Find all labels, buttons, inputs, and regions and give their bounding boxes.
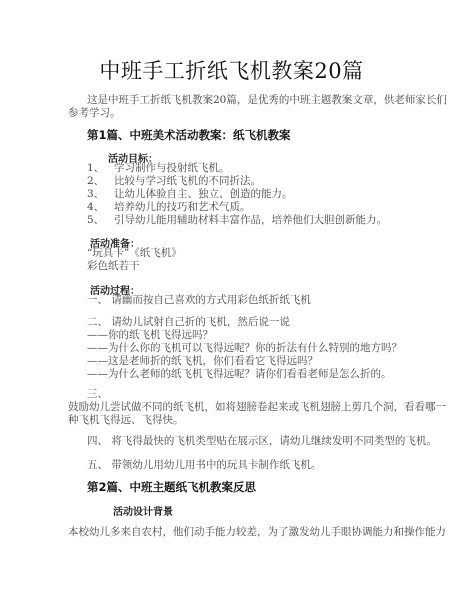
process-step-4: 四、 将飞得最快的飞机类型贴在展示区，请幼儿继续发明不同类型的飞机。 [87,435,437,448]
dialog-line: ——这是老师折的纸飞机，你们看看它飞得远吗？ [87,355,318,368]
dialog-line: ——你的纸飞机飞得远吗？ [87,329,213,342]
dialog-line: ——为什么老师的纸飞机飞得远呢？请你们看看老师是怎么折的。 [87,368,392,381]
goal-item: 5、引导幼儿能用辅助材料丰富作品，培养他们大胆创新能力。 [87,214,387,227]
background-text: 本校幼儿多来自农村，他们动手能力较差，为了激发幼儿手眼协调能力和操作能力 [68,526,446,539]
process-step-3-line-2: 种飞机飞得远、飞得快。 [68,414,184,427]
process-step-3-line-1: 鼓励幼儿尝试做不同的纸飞机，如将翅膀卷起来或飞机翅膀上剪几个洞，看看哪一 [68,401,446,414]
section-1-heading: 第1篇、中班美术活动教案：纸飞机教案 [87,127,291,143]
intro-line-2: 参考学习。 [68,107,121,120]
intro-line-1: 这是中班手工折纸飞机教案20篇，是优秀的中班主题教案文章，供老师家长们 [87,94,447,107]
process-step-1: 一、 请幽而按自己喜欢的方式用彩色纸折纸飞机 [87,294,311,307]
goal-item: 2、比较与学习纸飞机的不同折法。 [87,175,261,188]
dialog-line: ——为什么你的飞机可以飞得远呢？你的折法有什么特别的地方吗？ [87,342,402,355]
goal-item: 1、学习制作与投射纸飞机。 [87,162,230,175]
document-title: 中班手工折纸飞机教案20篇 [0,55,463,85]
process-step-5: 五、 带领幼儿用幼儿用书中的玩具卡制作纸飞机。 [87,459,321,472]
goal-item: 3、让幼儿体验自主、独立、创造的能力。 [87,188,293,201]
section-2-heading: 第2篇、中班主题纸飞机教案反思 [87,479,256,495]
process-step-2: 二、 请幼儿试射自己折的飞机，然后说一说 [87,316,290,329]
prep-item: 彩色纸若干 [87,260,140,273]
background-label: 活动设计背景 [113,503,173,518]
prep-item: “玩具卡”《纸飞机》 [87,247,182,260]
goal-item: 4、培养幼儿的技巧和艺术气质。 [87,201,251,214]
process-step-3-number: 三、 [87,388,108,401]
